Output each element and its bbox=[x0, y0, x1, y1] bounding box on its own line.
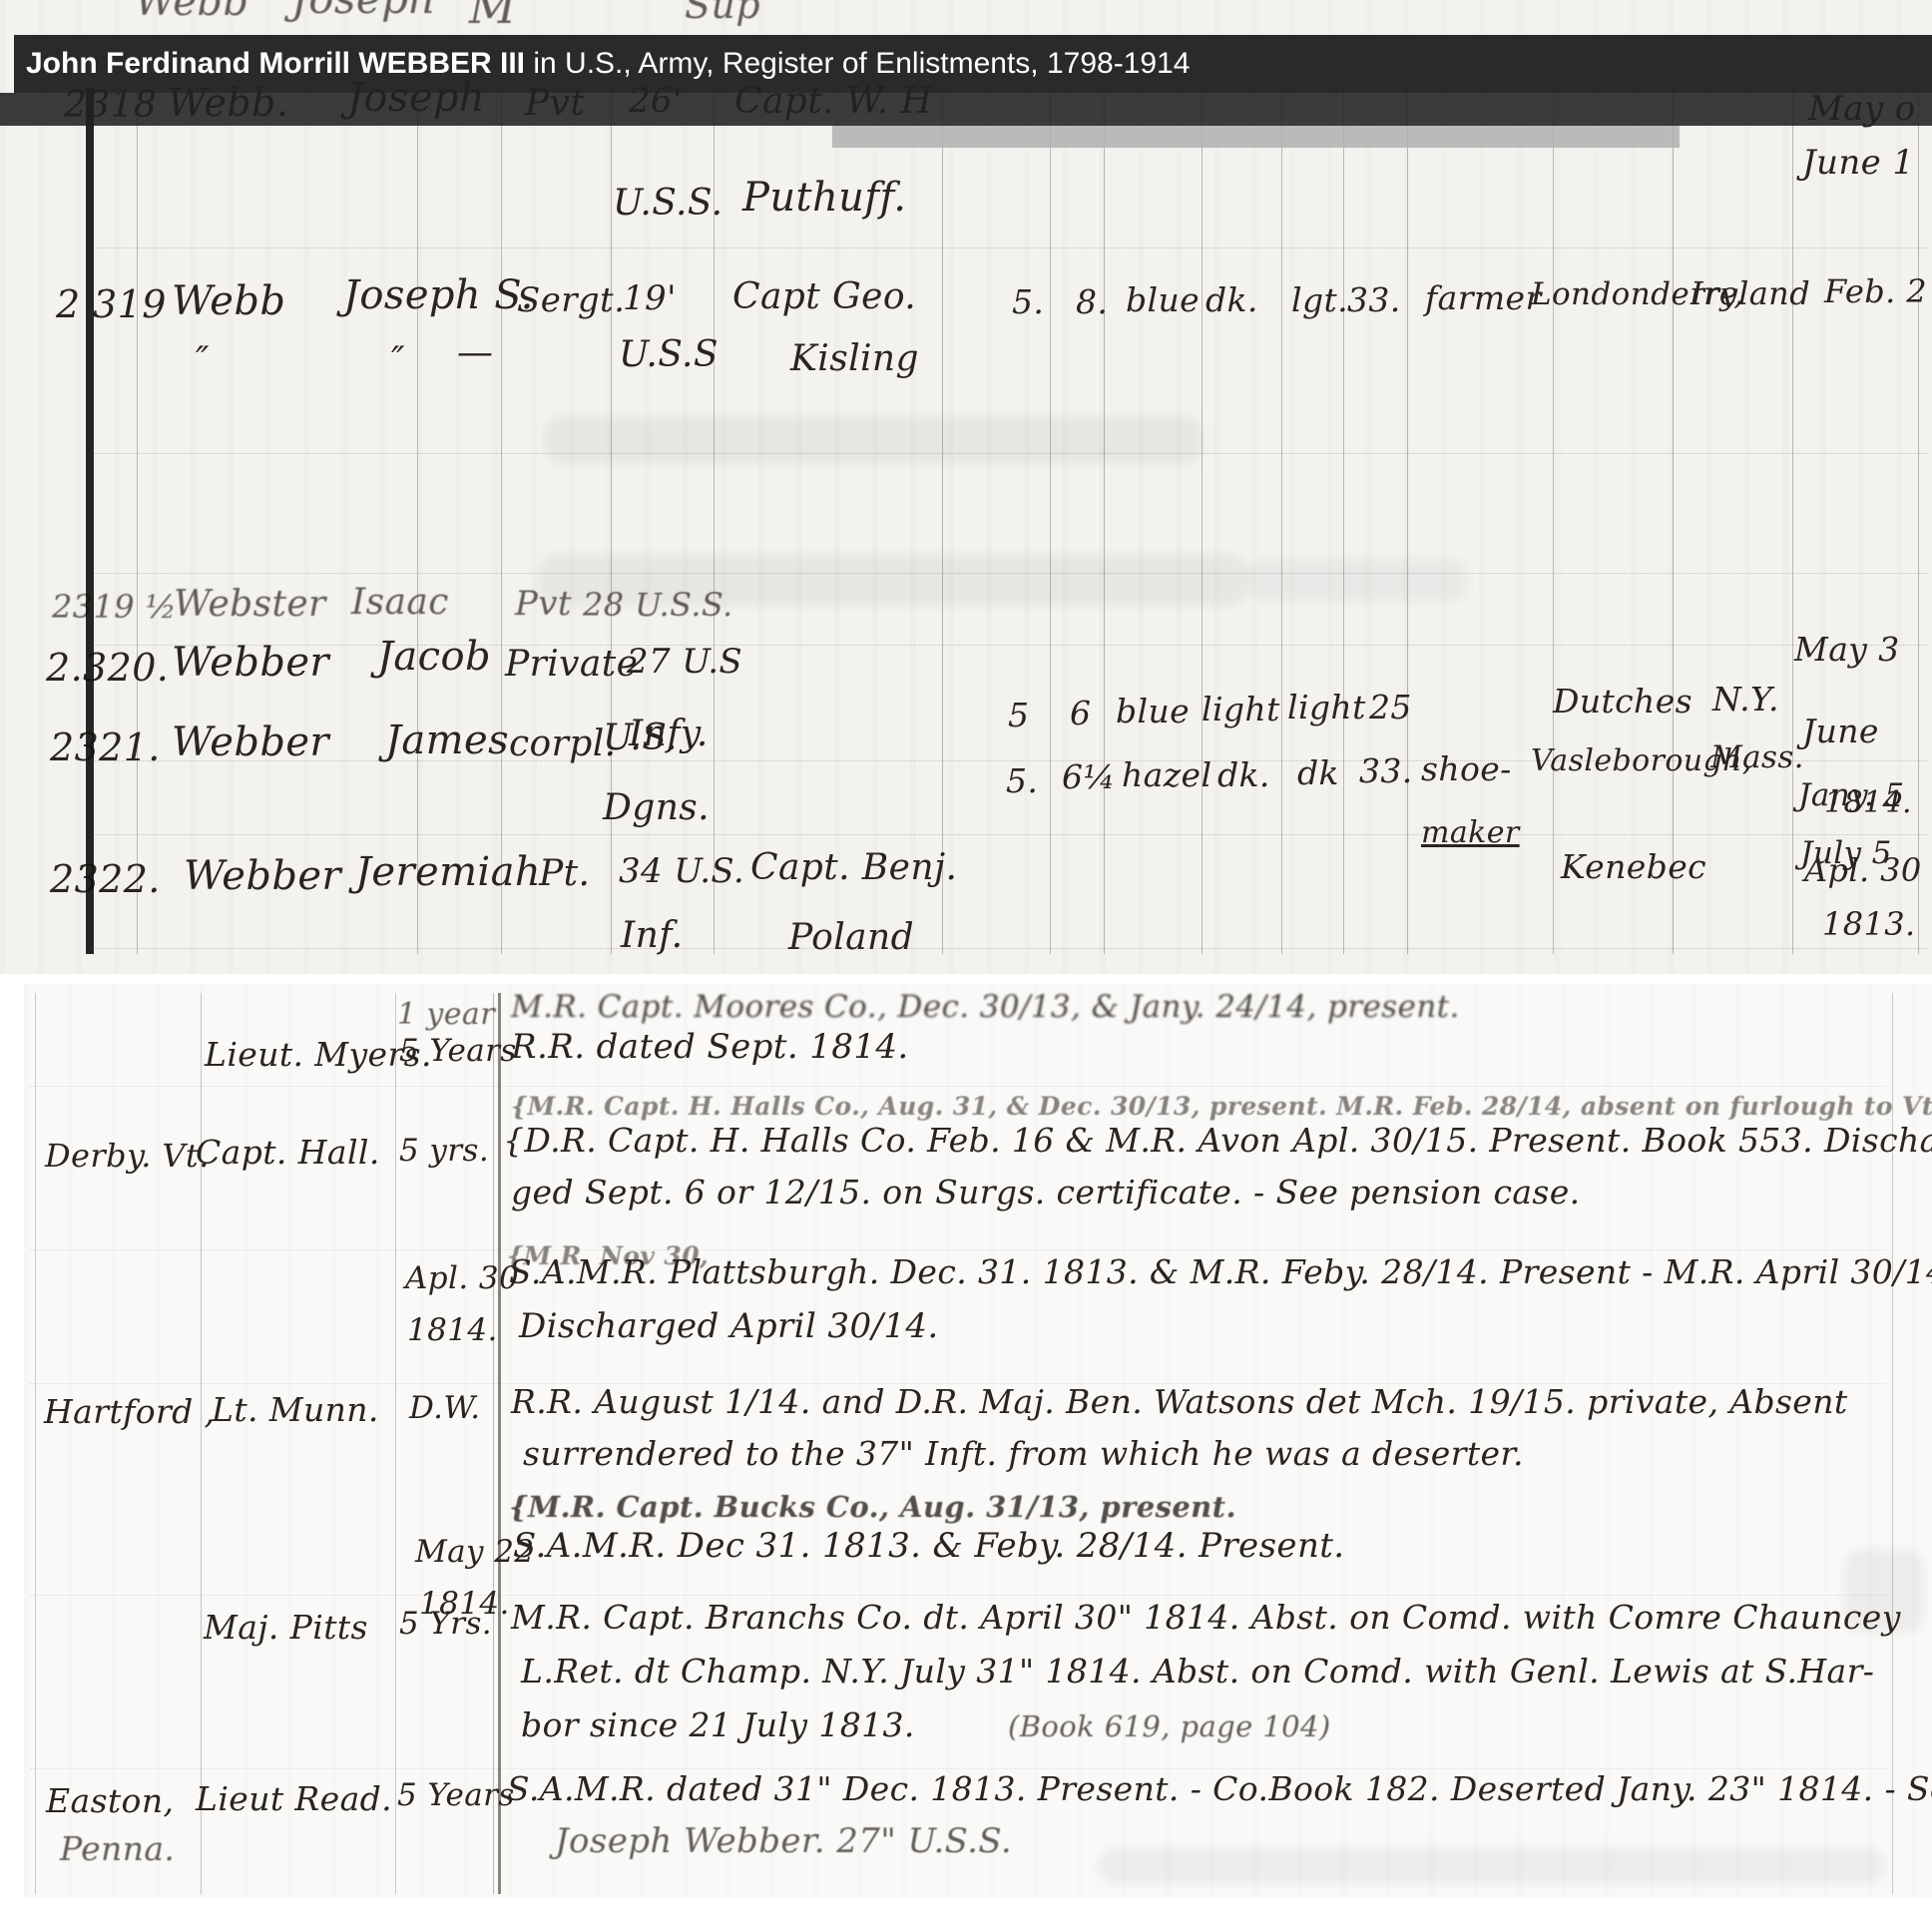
grid-vline bbox=[1281, 86, 1282, 954]
handwriting-text: Lieut. Myers. bbox=[205, 1038, 432, 1071]
handwriting-text: Dutches bbox=[1553, 685, 1692, 718]
handwriting-text: (Book 619, page 104) bbox=[1008, 1712, 1331, 1741]
handwriting-text: light bbox=[1202, 693, 1280, 725]
handwriting-text: 5. bbox=[1006, 764, 1038, 797]
handwriting-text: ″ bbox=[391, 343, 405, 379]
handwriting-text: U.S. bbox=[603, 721, 678, 756]
grid-vline bbox=[1343, 86, 1344, 954]
grid-vline bbox=[1202, 86, 1203, 954]
handwriting-text: Joseph S. bbox=[343, 275, 534, 315]
grid-hline bbox=[95, 247, 1928, 248]
handwriting-text: dk bbox=[1297, 756, 1339, 789]
handwriting-text: June bbox=[1802, 715, 1879, 747]
handwriting-text: U.S.S. bbox=[613, 186, 724, 222]
handwriting-text: blue bbox=[1116, 695, 1190, 727]
handwriting-text: 1 year bbox=[397, 1000, 495, 1030]
handwriting-text: 1813. bbox=[1822, 908, 1916, 940]
handwriting-text: Easton, bbox=[46, 1784, 174, 1817]
record-viewer: WebbJosephMSup2318Webb.JosephPvt26'Capt.… bbox=[0, 0, 1932, 1932]
handwriting-text: Apl. 30 bbox=[1804, 854, 1922, 886]
grid-hline bbox=[30, 1595, 1886, 1596]
grid-vline bbox=[1918, 86, 1919, 954]
gray-scan-band bbox=[832, 126, 1680, 148]
grid-vline bbox=[1792, 86, 1793, 954]
handwriting-text: Mass. bbox=[1710, 742, 1804, 773]
handwriting-text: Discharged April 30/14. bbox=[519, 1309, 939, 1343]
handwriting-text: 33. bbox=[1359, 754, 1413, 787]
handwriting-text: M bbox=[469, 0, 517, 30]
handwriting-text: Jany. 5 bbox=[1798, 780, 1905, 811]
handwriting-text: 5 Years bbox=[397, 1780, 515, 1811]
handwriting-text: R.R. August 1/14. and D.R. Maj. Ben. Wat… bbox=[511, 1385, 1848, 1418]
handwriting-text: Webster bbox=[174, 587, 326, 623]
handwriting-text: Webber bbox=[172, 723, 329, 762]
handwriting-text: Puthuff. bbox=[742, 178, 906, 218]
grid-vline bbox=[493, 993, 494, 1894]
handwriting-text: 2321. bbox=[50, 728, 161, 766]
grid-vline bbox=[137, 86, 138, 954]
handwriting-text: 6¼ bbox=[1062, 760, 1116, 793]
handwriting-text: dk. bbox=[1206, 283, 1258, 316]
handwriting-text: Sup bbox=[685, 0, 760, 24]
grid-hline bbox=[30, 1249, 1886, 1250]
handwriting-text: 5 bbox=[1008, 699, 1029, 731]
handwriting-text: S.A.M.R. Plattsburgh. Dec. 31. 1813. & M… bbox=[509, 1255, 1932, 1288]
handwriting-text: D.W. bbox=[409, 1393, 481, 1424]
handwriting-text: Poland bbox=[788, 920, 914, 956]
handwriting-text: N.Y. bbox=[1712, 683, 1779, 716]
handwriting-text: 5 yrs. bbox=[399, 1136, 489, 1167]
handwriting-text: 33. bbox=[1347, 283, 1401, 316]
handwriting-text: {M.R. Capt. H. Halls Co., Aug. 31, & Dec… bbox=[511, 1094, 1932, 1119]
handwriting-text: M.R. Capt. Branchs Co. dt. April 30" 181… bbox=[511, 1601, 1901, 1634]
handwriting-text: shoe- bbox=[1421, 752, 1512, 785]
handwriting-text: 1814. bbox=[407, 1315, 498, 1346]
handwriting-text: lgt. bbox=[1291, 283, 1348, 316]
handwriting-text: R.R. dated Sept. 1814. bbox=[511, 1030, 909, 1064]
record-person-name: John Ferdinand Morrill WEBBER III bbox=[26, 47, 525, 81]
grid-hline bbox=[95, 645, 1928, 646]
handwriting-text: 8. bbox=[1076, 285, 1108, 318]
handwriting-text: — bbox=[457, 335, 493, 371]
handwriting-text: 2 319 bbox=[56, 285, 167, 323]
handwriting-text: Jeremiah bbox=[355, 852, 541, 892]
handwriting-text: Joseph Webber. 27" U.S.S. bbox=[555, 1824, 1012, 1858]
handwriting-text: 5. bbox=[1012, 285, 1044, 318]
handwriting-text: Webb bbox=[135, 0, 248, 22]
handwriting-text: Inf. bbox=[621, 918, 684, 954]
handwriting-text: dk. bbox=[1217, 758, 1270, 791]
record-title-bar: John Ferdinand Morrill WEBBER III in U.S… bbox=[14, 35, 1932, 93]
grid-hline bbox=[95, 948, 1928, 949]
handwriting-text: 25 bbox=[1369, 691, 1412, 724]
handwriting-text: Isaac bbox=[351, 585, 449, 621]
handwriting-text: 19' bbox=[623, 281, 677, 315]
handwriting-text: ″ bbox=[196, 343, 210, 379]
handwriting-text: Apl. 30 bbox=[405, 1263, 519, 1294]
handwriting-text: M.R. Capt. Moores Co., Dec. 30/13, & Jan… bbox=[511, 992, 1460, 1023]
handwriting-text: Capt Geo. bbox=[732, 279, 916, 315]
handwriting-text: Pvt bbox=[515, 587, 572, 621]
handwriting-text: S.A.M.R. dated 31" Dec. 1813. Present. -… bbox=[507, 1772, 1932, 1805]
handwriting-text: Derby. Vt. bbox=[45, 1140, 210, 1172]
handwriting-text: Ireland bbox=[1690, 277, 1810, 309]
grid-hline bbox=[30, 1086, 1886, 1087]
handwriting-text: Lt. Munn. bbox=[212, 1393, 379, 1426]
handwriting-text: blue bbox=[1126, 283, 1200, 316]
handwriting-text: Capt. Hall. bbox=[196, 1136, 380, 1169]
scan-smudge bbox=[1098, 1848, 1886, 1884]
handwriting-text: S.A.M.R. Dec 31. 1813. & Feby. 28/14. Pr… bbox=[513, 1529, 1345, 1563]
handwriting-text: Capt. Benj. bbox=[750, 850, 957, 886]
handwriting-text: ged Sept. 6 or 12/15. on Surgs. certific… bbox=[511, 1176, 1581, 1208]
handwriting-text: Pt. bbox=[539, 856, 590, 892]
handwriting-text: 5 Years bbox=[399, 1036, 517, 1067]
handwriting-text: 2319 ½ bbox=[52, 591, 177, 623]
handwriting-text: 2322. bbox=[50, 860, 161, 898]
handwriting-text: Jacob bbox=[377, 637, 491, 677]
handwriting-text: Kisling bbox=[790, 341, 919, 377]
handwriting-text: 34 U.S. bbox=[619, 854, 744, 888]
handwriting-text: 5 Yrs. bbox=[399, 1609, 492, 1640]
handwriting-text: Penna. bbox=[60, 1832, 175, 1865]
handwriting-text: 2.320. bbox=[46, 649, 169, 687]
handwriting-text: Lieut Read. bbox=[196, 1782, 392, 1815]
handwriting-text: Dgns. bbox=[603, 790, 710, 826]
handwriting-text: Webber bbox=[172, 643, 329, 683]
handwriting-text: Joseph bbox=[291, 0, 436, 20]
handwriting-text: light bbox=[1287, 691, 1366, 724]
handwriting-text: Private bbox=[505, 647, 638, 683]
grid-vline bbox=[501, 86, 502, 954]
handwriting-text: U.S.S bbox=[619, 337, 719, 373]
grid-vline bbox=[1104, 86, 1105, 954]
grid-vline bbox=[35, 993, 36, 1894]
handwriting-text: June 1 bbox=[1802, 146, 1914, 180]
grid-vline bbox=[942, 86, 943, 954]
scan-smudge bbox=[1247, 559, 1467, 601]
grid-vline bbox=[1673, 86, 1674, 954]
grid-vline bbox=[1050, 86, 1051, 954]
handwriting-text: hazel bbox=[1122, 758, 1211, 791]
grid-vline bbox=[201, 993, 202, 1894]
handwriting-text: surrendered to the 37" Inft. from which … bbox=[523, 1437, 1524, 1470]
grid-hline bbox=[95, 834, 1928, 835]
ledger-page-edge bbox=[86, 88, 94, 954]
record-collection-name: in U.S., Army, Register of Enlistments, … bbox=[525, 47, 1190, 81]
handwriting-text: L.Ret. dt Champ. N.Y. July 31" 1814. Abs… bbox=[521, 1655, 1874, 1688]
grid-vline bbox=[417, 86, 418, 954]
handwriting-text: Maj. Pitts bbox=[204, 1611, 368, 1644]
handwriting-text: {D.R. Capt. H. Halls Co. Feb. 16 & M.R. … bbox=[503, 1124, 1932, 1157]
handwriting-text: May 3 bbox=[1794, 633, 1900, 666]
header-overlay-extension bbox=[0, 93, 1932, 126]
grid-vline bbox=[1553, 86, 1554, 954]
grid-vline bbox=[1407, 86, 1408, 954]
handwriting-text: 28 U.S.S. bbox=[583, 589, 733, 621]
grid-vline bbox=[395, 993, 396, 1894]
scan-smudge bbox=[544, 417, 1203, 463]
handwriting-text: Sergt. bbox=[517, 283, 625, 317]
handwriting-text: 6 bbox=[1070, 697, 1091, 729]
handwriting-text: Kenebec bbox=[1561, 850, 1706, 883]
handwriting-text: Hartford , bbox=[44, 1395, 215, 1428]
handwriting-text: Webber bbox=[184, 856, 341, 896]
handwriting-text: Webb bbox=[172, 281, 285, 321]
handwriting-text: bor since 21 July 1813. bbox=[521, 1708, 915, 1741]
handwriting-text: corpl. bbox=[509, 726, 616, 762]
handwriting-text: farmer bbox=[1425, 281, 1542, 314]
handwriting-text: James bbox=[385, 721, 509, 760]
handwriting-text: maker bbox=[1421, 818, 1520, 848]
handwriting-text: {M.R. Capt. Bucks Co., Aug. 31/13, prese… bbox=[509, 1493, 1236, 1522]
handwriting-text: Feb. 2 bbox=[1824, 275, 1927, 307]
handwriting-text: 27 U.S bbox=[627, 645, 742, 679]
grid-vline bbox=[498, 993, 501, 1894]
